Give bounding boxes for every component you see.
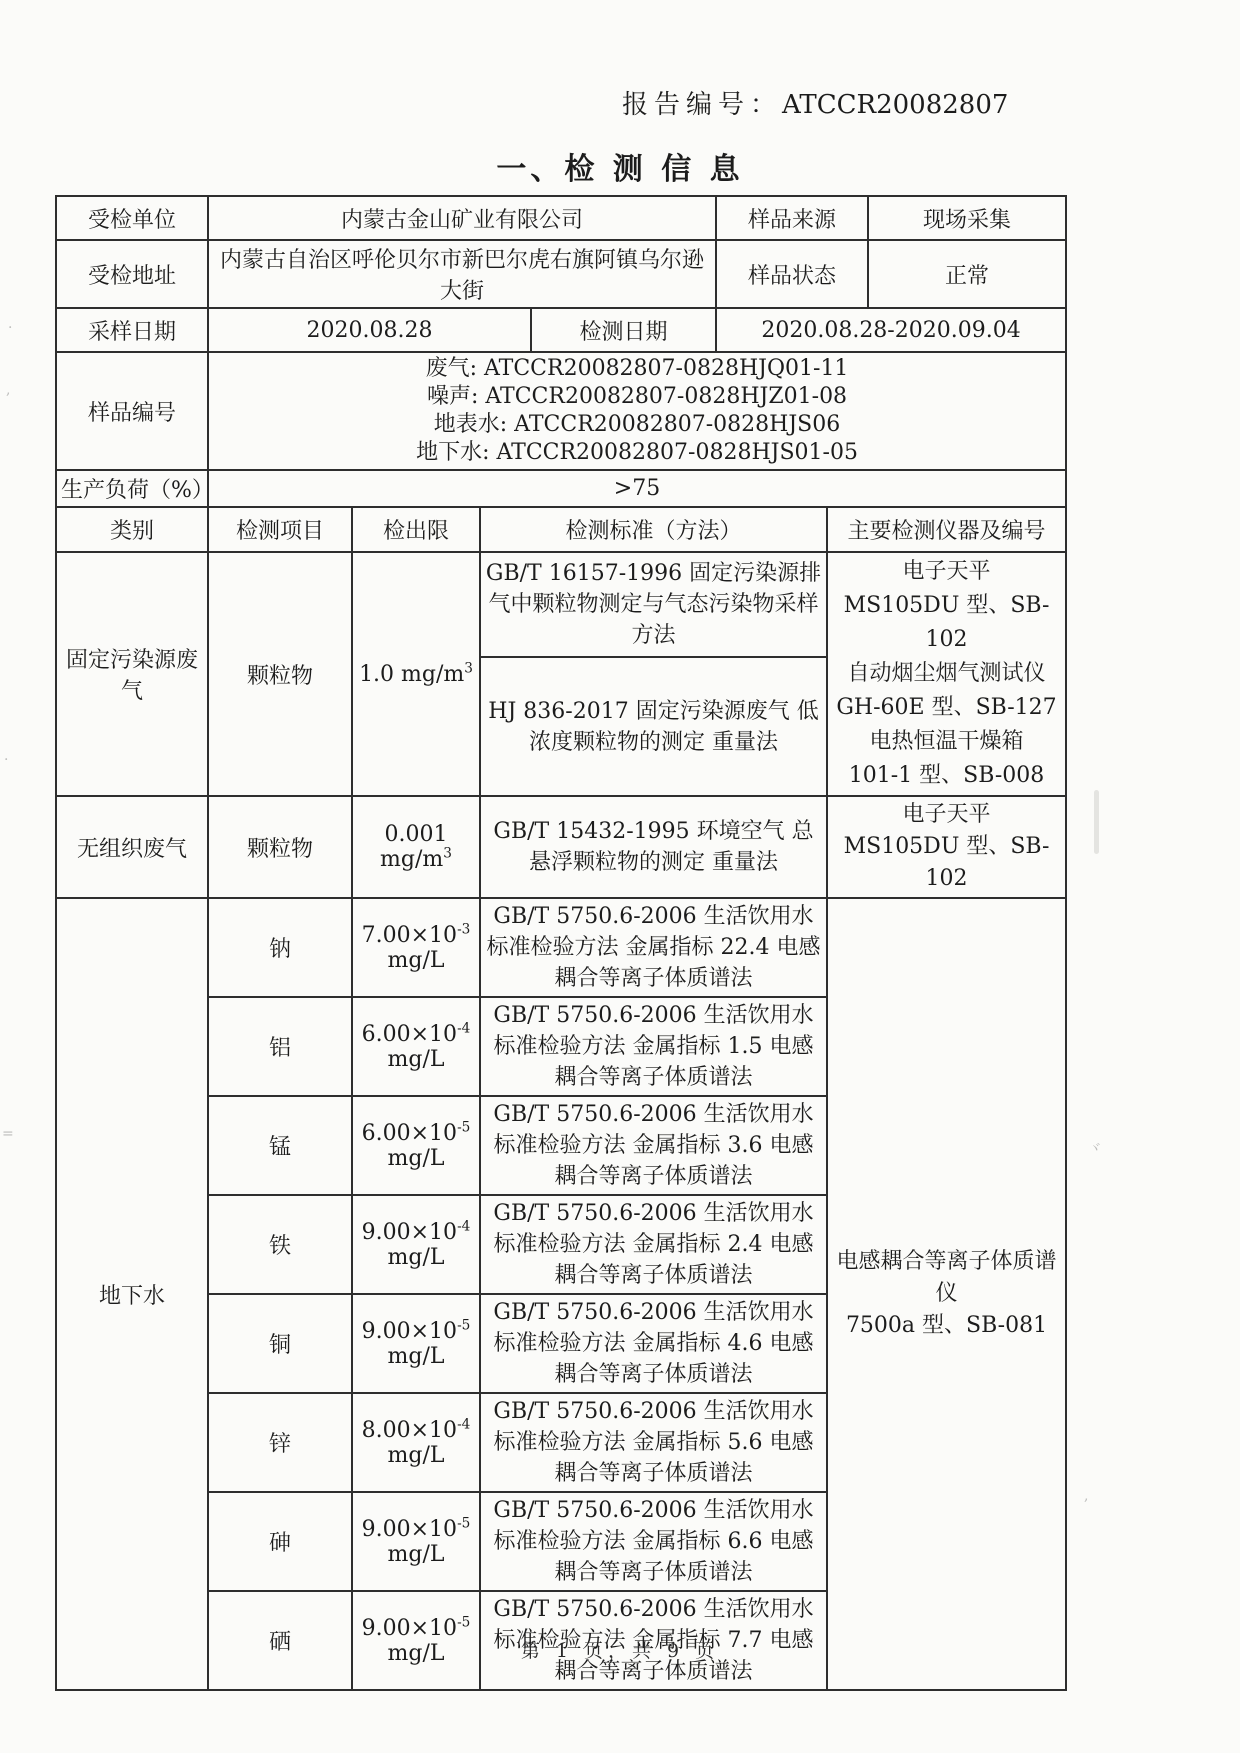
sample-id-noise: 噪声: ATCCR20082807-0828HJZ01-08 [213, 383, 1061, 411]
gw-standard-sodium: GB/T 5750.6-2006 生活饮用水标准检验方法 金属指标 22.4 电… [480, 898, 827, 997]
gw-limit-zinc: 8.00×10-4 mg/L [352, 1393, 480, 1492]
scan-artifact [1094, 790, 1099, 854]
sample-id-groundwater: 地下水: ATCCR20082807-0828HJS01-05 [213, 439, 1061, 467]
fixed-source-instruments: 电子天平 MS105DU 型、SB-102 自动烟尘烟气测试仪 GH-60E 型… [827, 552, 1066, 796]
row-fugitive: 无组织废气 颗粒物 0.001 mg/m3 GB/T 15432-1995 环境… [56, 796, 1066, 898]
fugitive-standard: GB/T 15432-1995 环境空气 总悬浮颗粒物的测定 重量法 [480, 796, 827, 898]
scan-artifact: · [8, 320, 12, 336]
inspected-unit-label: 受检单位 [56, 196, 208, 240]
sample-source-label: 样品来源 [716, 196, 868, 240]
header-instrument: 主要检测仪器及编号 [827, 507, 1066, 552]
fixed-source-limit: 1.0 mg/m3 [352, 552, 480, 796]
fugitive-instruments: 电子天平 MS105DU 型、SB-102 [827, 796, 1066, 898]
gw-standard-zinc: GB/T 5750.6-2006 生活饮用水标准检验方法 金属指标 5.6 电感… [480, 1393, 827, 1492]
sample-status-label: 样品状态 [716, 240, 868, 308]
page-title: 一、检 测 信 息 [0, 144, 1240, 188]
gw-standard-aluminum: GB/T 5750.6-2006 生活饮用水标准检验方法 金属指标 1.5 电感… [480, 997, 827, 1096]
gw-item-arsenic: 砷 [208, 1492, 352, 1591]
gw-item-copper: 铜 [208, 1294, 352, 1393]
gw-item-aluminum: 铝 [208, 997, 352, 1096]
scan-artifact: ヾ [1088, 1138, 1102, 1158]
sample-id-gas: 废气: ATCCR20082807-0828HJQ01-11 [213, 355, 1061, 383]
groundwater-instruments: 电感耦合等离子体质谱仪 7500a 型、SB-081 [827, 898, 1066, 1690]
row-dates: 采样日期 2020.08.28 检测日期 2020.08.28-2020.09.… [56, 308, 1066, 352]
row-production-load: 生产负荷（%） >75 [56, 470, 1066, 507]
gw-item-iron: 铁 [208, 1195, 352, 1294]
gw-item-sodium: 钠 [208, 898, 352, 997]
fixed-source-category: 固定污染源废气 [56, 552, 208, 796]
gw-standard-manganese: GB/T 5750.6-2006 生活饮用水标准检验方法 金属指标 3.6 电感… [480, 1096, 827, 1195]
production-load-label: 生产负荷（%） [56, 470, 208, 507]
page-footer: 第 1 页，共 9 页 [0, 1636, 1240, 1663]
scan-artifact: = [2, 1126, 14, 1142]
row-inspected-address: 受检地址 内蒙古自治区呼伦贝尔市新巴尔虎右旗阿镇乌尔逊大街 样品状态 正常 [56, 240, 1066, 308]
scan-artifact: , [1084, 1488, 1088, 1504]
gw-limit-iron: 9.00×10-4 mg/L [352, 1195, 480, 1294]
report-number-line: 报告编号：ATCCR20082807 [622, 84, 1008, 121]
gw-limit-manganese: 6.00×10-5 mg/L [352, 1096, 480, 1195]
sampling-date-label: 采样日期 [56, 308, 208, 352]
gw-limit-arsenic: 9.00×10-5 mg/L [352, 1492, 480, 1591]
groundwater-category: 地下水 [56, 898, 208, 1690]
sample-id-label: 样品编号 [56, 352, 208, 470]
row-sample-ids: 样品编号 废气: ATCCR20082807-0828HJQ01-11 噪声: … [56, 352, 1066, 470]
header-standard: 检测标准（方法） [480, 507, 827, 552]
gw-standard-arsenic: GB/T 5750.6-2006 生活饮用水标准检验方法 金属指标 6.6 电感… [480, 1492, 827, 1591]
fixed-source-standard-2: HJ 836-2017 固定污染源废气 低浓度颗粒物的测定 重量法 [480, 657, 827, 796]
header-category: 类别 [56, 507, 208, 552]
fugitive-limit: 0.001 mg/m3 [352, 796, 480, 898]
sample-source-value: 现场采集 [868, 196, 1066, 240]
report-number-value: ATCCR20082807 [782, 90, 1008, 120]
inspected-unit-value: 内蒙古金山矿业有限公司 [208, 196, 716, 240]
detection-info-table: 受检单位 内蒙古金山矿业有限公司 样品来源 现场采集 受检地址 内蒙古自治区呼伦… [55, 195, 1067, 1691]
report-number-label: 报告编号： [622, 90, 782, 120]
test-date-value: 2020.08.28-2020.09.04 [716, 308, 1066, 352]
row-table-header: 类别 检测项目 检出限 检测标准（方法） 主要检测仪器及编号 [56, 507, 1066, 552]
fixed-source-standard-1: GB/T 16157-1996 固定污染源排气中颗粒物测定与气态污染物采样方法 [480, 552, 827, 657]
sample-status-value: 正常 [868, 240, 1066, 308]
gw-standard-iron: GB/T 5750.6-2006 生活饮用水标准检验方法 金属指标 2.4 电感… [480, 1195, 827, 1294]
row-inspected-unit: 受检单位 内蒙古金山矿业有限公司 样品来源 现场采集 [56, 196, 1066, 240]
fixed-source-item: 颗粒物 [208, 552, 352, 796]
sampling-date-value: 2020.08.28 [208, 308, 531, 352]
inspected-address-value: 内蒙古自治区呼伦贝尔市新巴尔虎右旗阿镇乌尔逊大街 [208, 240, 716, 308]
gw-item-zinc: 锌 [208, 1393, 352, 1492]
production-load-value: >75 [208, 470, 1066, 507]
gw-limit-aluminum: 6.00×10-4 mg/L [352, 997, 480, 1096]
fugitive-category: 无组织废气 [56, 796, 208, 898]
header-item: 检测项目 [208, 507, 352, 552]
sample-id-values: 废气: ATCCR20082807-0828HJQ01-11 噪声: ATCCR… [208, 352, 1066, 470]
row-fixed-source-1: 固定污染源废气 颗粒物 1.0 mg/m3 GB/T 16157-1996 固定… [56, 552, 1066, 657]
gw-standard-copper: GB/T 5750.6-2006 生活饮用水标准检验方法 金属指标 4.6 电感… [480, 1294, 827, 1393]
scan-artifact: , [6, 382, 10, 398]
sample-id-surface-water: 地表水: ATCCR20082807-0828HJS06 [213, 411, 1061, 439]
gw-item-manganese: 锰 [208, 1096, 352, 1195]
test-date-label: 检测日期 [531, 308, 716, 352]
header-limit: 检出限 [352, 507, 480, 552]
scan-artifact: · [4, 752, 8, 768]
inspected-address-label: 受检地址 [56, 240, 208, 308]
gw-limit-copper: 9.00×10-5 mg/L [352, 1294, 480, 1393]
fugitive-item: 颗粒物 [208, 796, 352, 898]
scanned-report-page: { "page": { "report_label": "报告编号：", "re… [0, 0, 1240, 1753]
gw-limit-sodium: 7.00×10-3 mg/L [352, 898, 480, 997]
row-gw-sodium: 地下水 钠 7.00×10-3 mg/L GB/T 5750.6-2006 生活… [56, 898, 1066, 997]
